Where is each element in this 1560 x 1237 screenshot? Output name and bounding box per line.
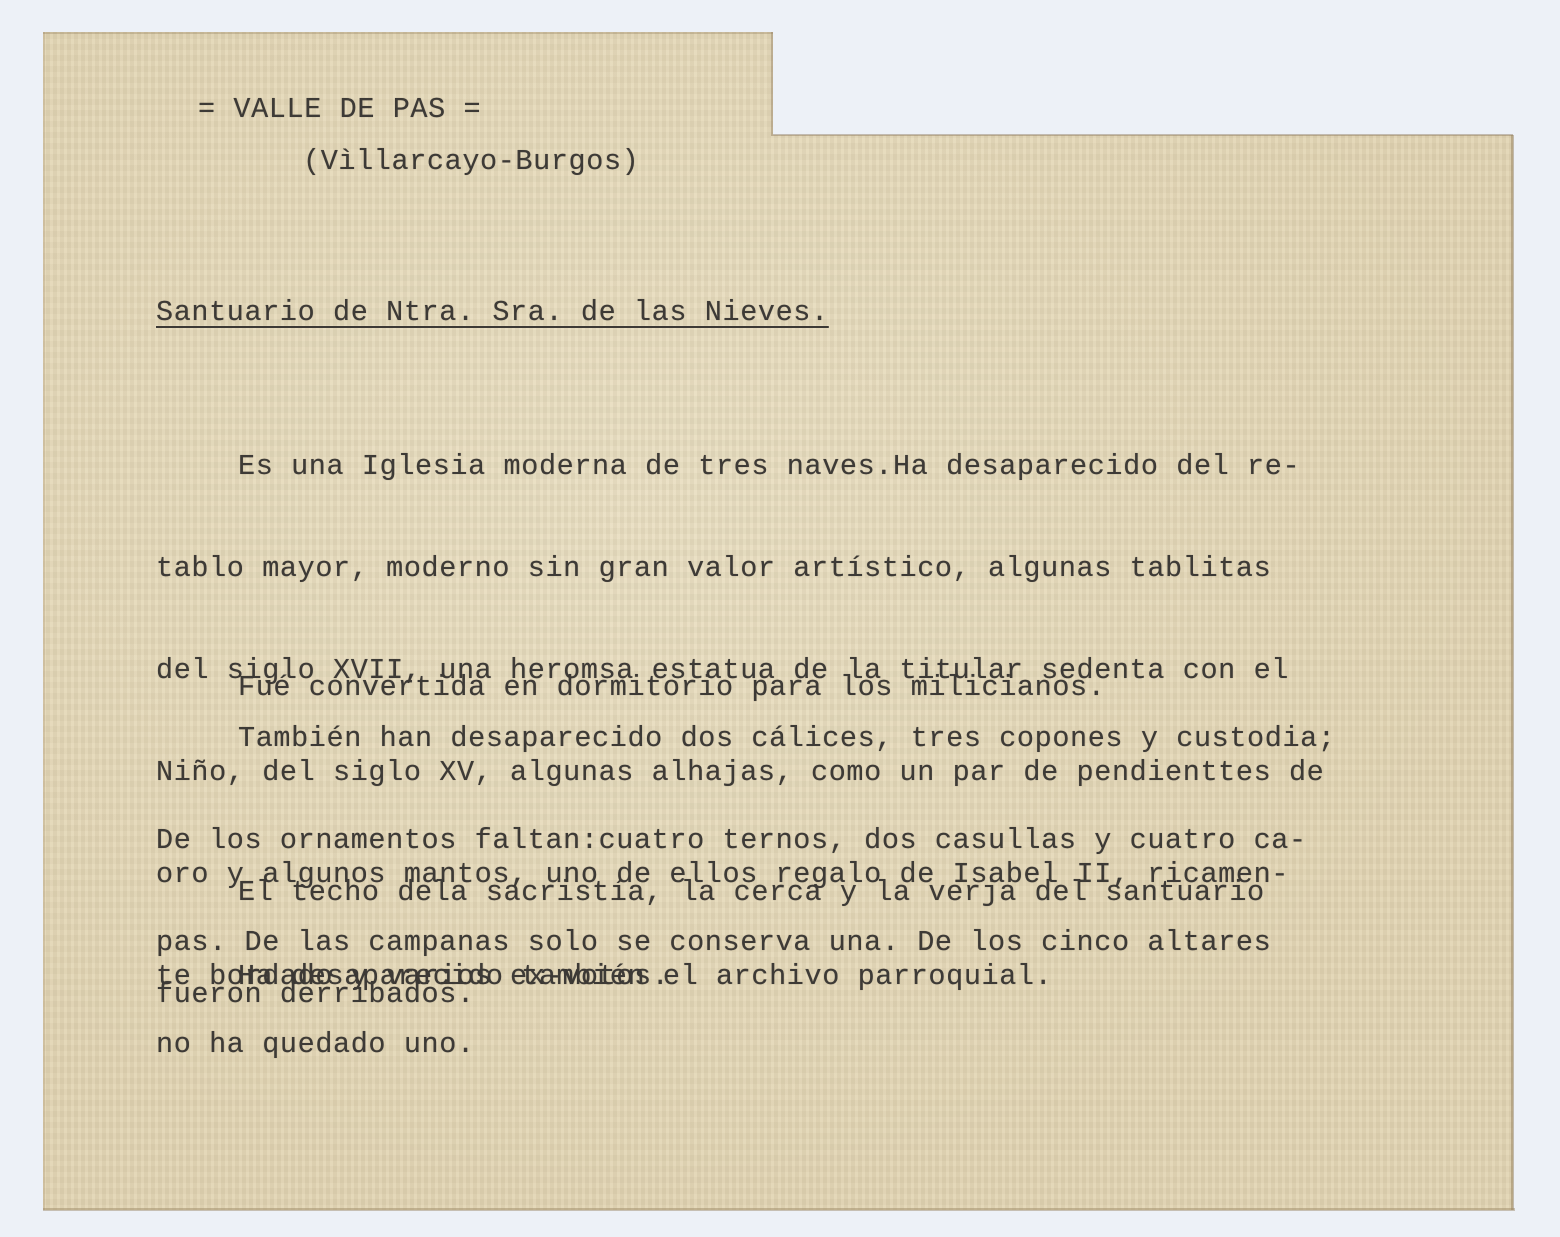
paper-edge-right: [1511, 135, 1514, 1210]
paper-edge-step-vertical: [771, 32, 773, 136]
paragraph-line: Ha desaparecido también el archivo parro…: [156, 960, 1052, 994]
document-location: (Vìllarcayo-Burgos): [303, 145, 639, 179]
document-title: = VALLE DE PAS =: [198, 93, 481, 127]
section-title: Santuario de Ntra. Sra. de las Nieves.: [156, 296, 829, 330]
paragraph-5: Ha desaparecido también el archivo parro…: [156, 892, 1052, 1028]
paper-edge-bottom: [43, 1208, 1515, 1211]
paper-edge-step-horizontal: [773, 134, 1513, 136]
paragraph-line: tablo mayor, moderno sin gran valor artí…: [156, 552, 1324, 586]
paper-edge-left: [43, 32, 45, 1210]
paragraph-line: También han desaparecido dos cálices, tr…: [156, 722, 1336, 756]
paper-edge-tab-top: [43, 32, 773, 34]
paragraph-line: Es una Iglesia moderna de tres naves.Ha …: [156, 450, 1324, 484]
